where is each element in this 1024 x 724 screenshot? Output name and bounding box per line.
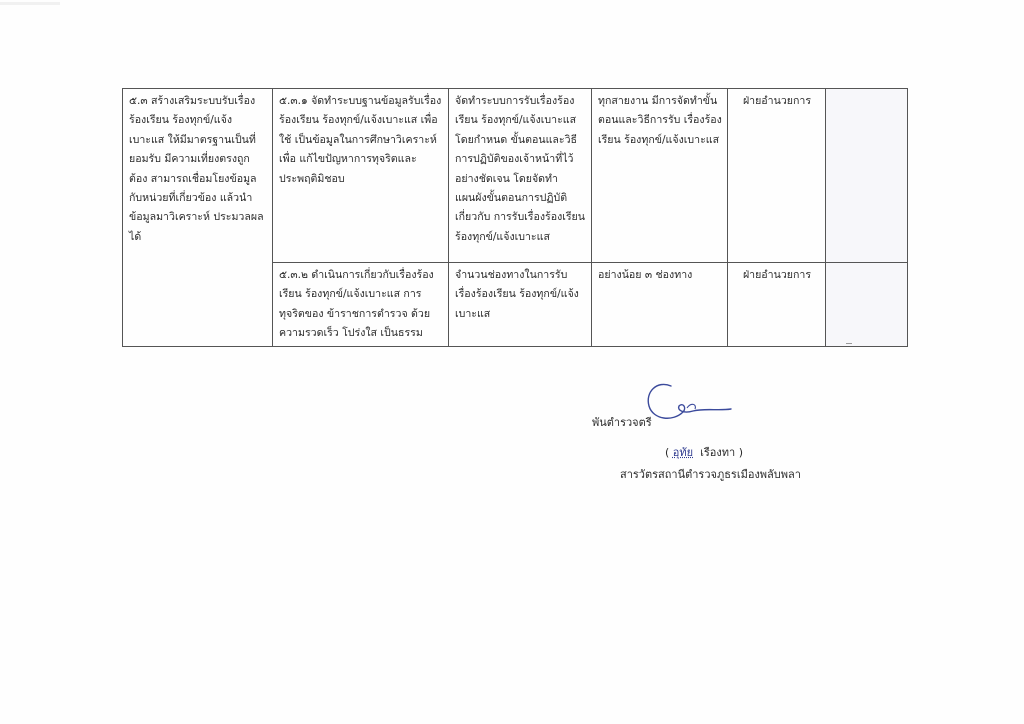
action-plan-table: ๕.๓ สร้างเสริมระบบรับเรื่องร้องเรียน ร้อ… [122,88,908,347]
remark-cell [826,89,908,263]
handwritten-signature-icon [643,378,733,426]
indicator-cell: จำนวนช่องทางในการรับเรื่องร้องเรียน ร้อง… [449,263,592,347]
strategy-cell: ๕.๓ สร้างเสริมระบบรับเรื่องร้องเรียน ร้อ… [123,89,273,347]
scan-artifact [0,2,60,5]
signature-block: พันตำรวจตรี ( อุทัย เรืองทา ) สารวัตรสถา… [560,372,820,492]
remark-cell [826,263,908,347]
target-cell: อย่างน้อย ๓ ช่องทาง [592,263,728,347]
measure-cell: ๕.๓.๑ จัดทำระบบฐานข้อมูลรับเรื่องร้องเรี… [273,89,449,263]
scan-mark [846,343,852,344]
responsible-cell: ฝ่ายอำนวยการ [728,89,826,263]
signer-surname: เรืองทา [700,446,735,459]
signer-position: สารวัตรสถานีตำรวจภูธรเมืองพลับพลา [620,465,801,483]
signer-name: ( อุทัย เรืองทา ) [665,443,743,461]
measure-cell: ๕.๓.๒ ดำเนินการเกี่ยวกับเรื่องร้องเรียน … [273,263,449,347]
target-cell: ทุกสายงาน มีการจัดทำขั้นตอนและวิธีการรับ… [592,89,728,263]
signer-given-name: อุทัย [673,446,693,459]
document-page: ๕.๓ สร้างเสริมระบบรับเรื่องร้องเรียน ร้อ… [0,0,1024,724]
responsible-cell: ฝ่ายอำนวยการ [728,263,826,347]
table-row: ๕.๓ สร้างเสริมระบบรับเรื่องร้องเรียน ร้อ… [123,89,908,263]
indicator-cell: จัดทำระบบการรับเรื่องร้องเรียน ร้องทุกข์… [449,89,592,263]
